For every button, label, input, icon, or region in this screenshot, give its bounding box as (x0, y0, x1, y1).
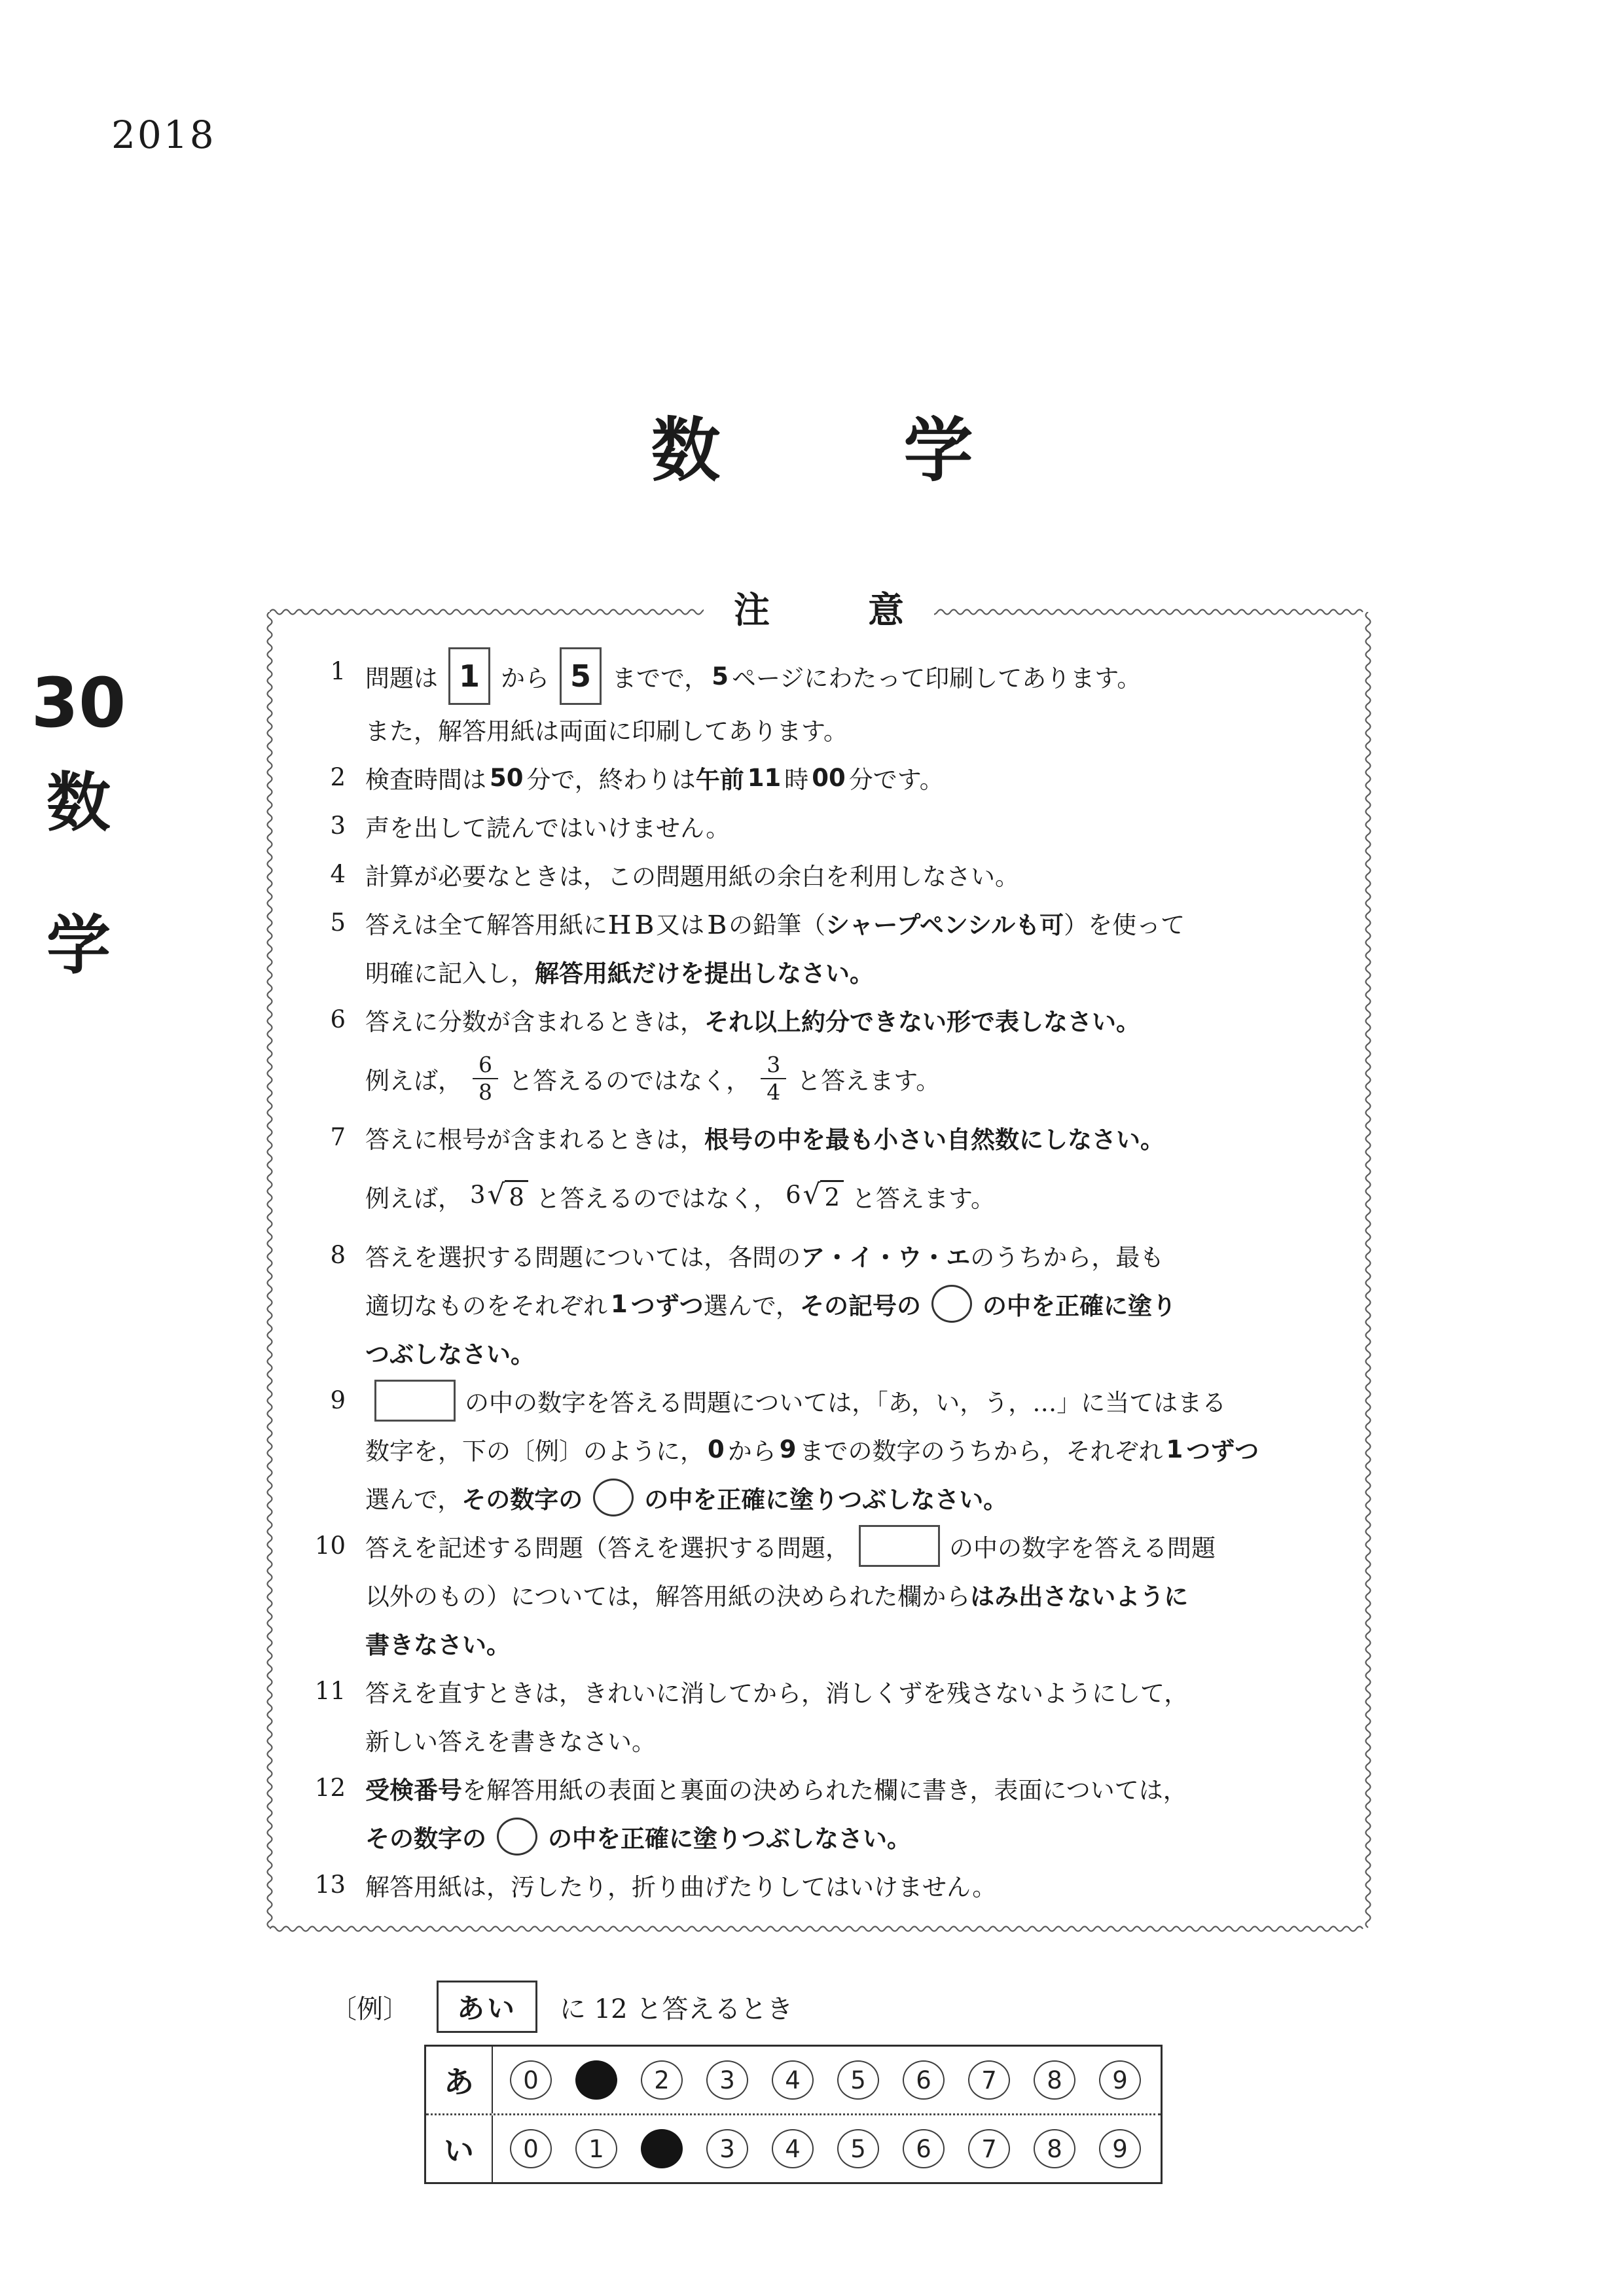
item-line: 答えを選択する問題については，各問のア・イ・ウ・エのうちから，最も (365, 1231, 1334, 1280)
item-number: 2 (300, 753, 346, 802)
text-run: 新しい答えを書きなさい。 (365, 1722, 656, 1757)
item-lines: 声を出して読んではいけません。 (365, 802, 1334, 850)
bold-run: 午前 (696, 760, 744, 795)
bubble: 9 (1099, 2129, 1141, 2168)
bold-run: つずつ (1186, 1431, 1259, 1467)
text-run: 選んで， (365, 1480, 461, 1515)
item-line: その数字のの中を正確に塗りつぶしなさい。 (365, 1812, 1334, 1861)
notice-heading-char-1: 注 (734, 588, 770, 632)
notice-item: 3声を出して読んではいけません。 (300, 802, 1334, 850)
text-run: 声を出して読んではいけません。 (365, 808, 730, 844)
text-run: ページにわたって印刷してあります。 (732, 658, 1141, 694)
sqrt-radical-icon: √ (803, 1180, 821, 1209)
wavy-border-bottom (270, 1924, 1368, 1934)
text-run: ）を使って (1064, 905, 1185, 941)
bubble-row: い0123456789 (426, 2113, 1161, 2182)
fraction-denominator: 4 (761, 1079, 786, 1105)
item-number: 3 (300, 802, 346, 850)
text-run: 問題は (365, 658, 438, 694)
item-line: 選んで，その数字のの中を正確に塗りつぶしなさい。 (365, 1473, 1334, 1522)
notice-item: 13解答用紙は，汚したり，折り曲げたりしてはいけません。 (300, 1861, 1334, 1909)
notice-item: 4計算が必要なときは，この問題用紙の余白を利用しなさい。 (300, 850, 1334, 899)
text-run: 適切なものをそれぞれ (365, 1286, 607, 1321)
side-vertical-label: 30 数 学 (20, 669, 137, 978)
item-line: 答えは全て解答用紙にＨＢ又はＢの鉛筆（シャープペンシルも可）を使って (365, 899, 1334, 947)
item-line: の中の数字を答える問題については，「あ，い，う，…」に当てはまる (365, 1376, 1334, 1425)
text-run: 答えを直すときは，きれいに消してから，消しくずを残さないようにして， (365, 1674, 1188, 1709)
item-line: 検査時間は50分で，終わりは午前11時00分です。 (365, 753, 1334, 802)
text-run: 答えは全て解答用紙に (365, 905, 607, 941)
text-run: の中の数字を答える問題 (949, 1528, 1216, 1564)
bold-run: ＨＢ (607, 905, 656, 941)
bold-run: 根号の中を最も小さい自然数にしなさい。 (704, 1120, 1164, 1155)
item-lines: 答えに根号が含まれるときは，根号の中を最も小さい自然数にしなさい。例えば，3√8… (365, 1113, 1334, 1231)
item-number: 5 (300, 899, 346, 996)
notice-item: 10答えを記述する問題（答えを選択する問題，の中の数字を答える問題以外のもの）に… (300, 1522, 1334, 1667)
text-run: 例えば， (365, 1179, 462, 1214)
item-line: 数字を，下の〔例〕のように，0から9までの数字のうちから，それぞれ1つずつ (365, 1425, 1334, 1473)
item-lines: 答えを直すときは，きれいに消してから，消しくずを残さないようにして，新しい答えを… (365, 1667, 1334, 1764)
item-lines: 問題は1から5までで，5ページにわたって印刷してあります。また，解答用紙は両面に… (365, 647, 1334, 753)
text-run: 答えに分数が含まれるときは， (365, 1002, 704, 1037)
side-label-year: 30 (20, 669, 137, 737)
item-number: 7 (300, 1113, 346, 1231)
text-run: の中の数字を答える問題については，「あ，い，う，…」に当てはまる (465, 1383, 1226, 1418)
bubble: 8 (1034, 2129, 1075, 2168)
text-run: 明確に記入し， (365, 954, 535, 989)
text-run: 時 (784, 760, 808, 795)
item-number: 10 (300, 1522, 346, 1667)
number-run: 00 (812, 764, 846, 792)
bubble-filled: 2 (641, 2129, 683, 2168)
bold-run: つずつ (631, 1286, 704, 1321)
mark-circle (497, 1818, 537, 1856)
bubble-filled: 1 (575, 2060, 617, 2100)
item-lines: 計算が必要なときは，この問題用紙の余白を利用しなさい。 (365, 850, 1334, 899)
bold-run: ア・イ・ウ・エ (801, 1238, 970, 1273)
notice-item: 1問題は1から5までで，5ページにわたって印刷してあります。また，解答用紙は両面… (300, 647, 1334, 753)
item-line: 例えば，68と答えるのではなく，34と答えます。 (365, 1044, 1334, 1113)
notice-heading: 注 意 (704, 588, 934, 632)
bold-run: シャープペンシルも可 (825, 905, 1064, 941)
bubble: 4 (772, 2129, 814, 2168)
bold-run: の中を正確に塗り (983, 1286, 1176, 1321)
number-run: 1 (1166, 1435, 1183, 1463)
fraction-numerator: 3 (761, 1052, 786, 1079)
answer-blank-box (859, 1525, 940, 1567)
item-number: 11 (300, 1667, 346, 1764)
item-number: 4 (300, 850, 346, 899)
side-label-char-1: 数 (20, 771, 137, 835)
text-run: と答えるのではなく， (509, 1061, 750, 1096)
example-answer-box: あい (437, 1981, 537, 2033)
item-line: 答えに分数が含まれるときは，それ以上約分できない形で表しなさい。 (365, 996, 1334, 1044)
text-run: 例えば， (365, 1061, 462, 1096)
wavy-border-left (264, 612, 275, 1929)
text-run: 計算が必要なときは，この問題用紙の余白を利用しなさい。 (365, 857, 1019, 892)
item-line: 以外のもの）については，解答用紙の決められた欄からはみ出さないように (365, 1570, 1334, 1619)
text-run: までで， (612, 658, 708, 694)
text-run: 答えを記述する問題（答えを選択する問題， (365, 1528, 850, 1564)
bubble: 6 (903, 2060, 945, 2100)
notice-item: 6答えに分数が含まれるときは，それ以上約分できない形で表しなさい。例えば，68と… (300, 996, 1334, 1113)
row-label: あ (426, 2047, 493, 2113)
sqrt-radical-icon: √ (488, 1180, 505, 1209)
notice-item: 8答えを選択する問題については，各問のア・イ・ウ・エのうちから，最も適切なものを… (300, 1231, 1334, 1376)
number-run: 11 (748, 764, 782, 792)
mark-circle (593, 1479, 634, 1516)
text-run: と答えます。 (797, 1061, 940, 1096)
item-number: 6 (300, 996, 346, 1113)
bubble: 3 (706, 2129, 748, 2168)
item-line: 答えを記述する問題（答えを選択する問題，の中の数字を答える問題 (365, 1522, 1334, 1570)
answer-blank-box (374, 1380, 456, 1422)
item-line: 解答用紙は，汚したり，折り曲げたりしてはいけません。 (365, 1861, 1334, 1909)
bold-run: Ｂ (704, 905, 729, 941)
fraction: 34 (761, 1052, 786, 1105)
item-line: 新しい答えを書きなさい。 (365, 1715, 1334, 1764)
item-line: 例えば，3√8と答えるのではなく，6√2と答えます。 (365, 1162, 1334, 1231)
sqrt-expression: 6√2 (785, 1180, 844, 1212)
bubble: 7 (968, 2129, 1010, 2168)
item-number: 13 (300, 1861, 346, 1909)
text-run: 答えを選択する問題については，各問の (365, 1238, 801, 1273)
number-run: 50 (490, 764, 524, 792)
exam-title: 数 学 (651, 416, 973, 486)
item-line: また，解答用紙は両面に印刷してあります。 (365, 705, 1334, 753)
item-line: 適切なものをそれぞれ1つずつ選んで，その記号のの中を正確に塗り (365, 1280, 1334, 1328)
item-lines: 受検番号を解答用紙の表面と裏面の決められた欄に書き，表面については，その数字のの… (365, 1764, 1334, 1861)
number-run: 9 (780, 1435, 797, 1463)
item-lines: 答えを記述する問題（答えを選択する問題，の中の数字を答える問題以外のもの）につい… (365, 1522, 1334, 1667)
bubble: 1 (575, 2129, 617, 2168)
item-lines: 答えに分数が含まれるときは，それ以上約分できない形で表しなさい。例えば，68と答… (365, 996, 1334, 1113)
mark-circle (931, 1285, 972, 1323)
item-line: 声を出して読んではいけません。 (365, 802, 1334, 850)
number-run: 0 (708, 1435, 725, 1463)
item-line: 受検番号を解答用紙の表面と裏面の決められた欄に書き，表面については， (365, 1764, 1334, 1812)
text-run: までの数字のうちから，それぞれ (800, 1431, 1163, 1467)
sqrt-coefficient: 6 (785, 1180, 801, 1210)
wavy-border-right (1363, 612, 1373, 1929)
bold-run: 解答用紙だけを提出しなさい。 (535, 954, 874, 989)
text-run: を解答用紙の表面と裏面の決められた欄に書き，表面については， (462, 1770, 1187, 1806)
bubble: 7 (968, 2060, 1010, 2100)
bubble-group: 0123456789 (493, 2047, 1161, 2113)
notice-item: 9の中の数字を答える問題については，「あ，い，う，…」に当てはまる数字を，下の〔… (300, 1376, 1334, 1522)
text-run: 答えに根号が含まれるときは， (365, 1120, 704, 1155)
text-run: 又は (656, 905, 704, 941)
text-run: また，解答用紙は両面に印刷してあります。 (365, 711, 848, 747)
item-line: 答えに根号が含まれるときは，根号の中を最も小さい自然数にしなさい。 (365, 1113, 1334, 1162)
row-label: い (426, 2115, 493, 2182)
bubble-group: 0123456789 (493, 2115, 1161, 2182)
bubble-table: あ0123456789い0123456789 (424, 2045, 1163, 2184)
item-lines: の中の数字を答える問題については，「あ，い，う，…」に当てはまる数字を，下の〔例… (365, 1376, 1334, 1522)
item-line: 書きなさい。 (365, 1619, 1334, 1667)
notice-heading-char-2: 意 (868, 588, 904, 632)
notice-item: 11答えを直すときは，きれいに消してから，消しくずを残さないようにして，新しい答… (300, 1667, 1334, 1764)
item-line: 答えを直すときは，きれいに消してから，消しくずを残さないようにして， (365, 1667, 1334, 1715)
text-run: から (501, 658, 549, 694)
sqrt-coefficient: 3 (470, 1180, 486, 1210)
bubble: 9 (1099, 2060, 1141, 2100)
bold-run: 書きなさい。 (365, 1625, 511, 1660)
side-label-char-2: 学 (20, 914, 137, 978)
text-run: と答えます。 (852, 1179, 995, 1214)
bold-run: つぶしなさい。 (365, 1335, 535, 1370)
example-caption: に 12 と答えるとき (560, 1988, 793, 2026)
sqrt-expression: 3√8 (470, 1180, 528, 1212)
bubble: 8 (1034, 2060, 1075, 2100)
sqrt-radicand: 8 (505, 1180, 528, 1212)
bubble: 0 (510, 2060, 552, 2100)
text-run: のうちから，最も (970, 1238, 1164, 1273)
fraction-denominator: 8 (473, 1079, 498, 1105)
notice-box: 注 意 1問題は1から5までで，5ページにわたって印刷してあります。また，解答用… (270, 612, 1368, 1929)
item-number: 1 (300, 647, 346, 753)
notice-item: 12受検番号を解答用紙の表面と裏面の決められた欄に書き，表面については，その数字… (300, 1764, 1334, 1861)
number-run: 1 (611, 1290, 628, 1318)
number-run: 5 (712, 662, 729, 691)
bold-run: その数字の (365, 1819, 486, 1854)
exam-cover-page: 2018 30 数 学 数 学 注 意 1問題は1から5までで，5ページにわたっ… (0, 0, 1624, 2296)
bubble: 2 (641, 2060, 683, 2100)
bold-run: の中を正確に塗りつぶしなさい。 (548, 1819, 911, 1854)
fraction-numerator: 6 (473, 1052, 498, 1079)
bubble: 3 (706, 2060, 748, 2100)
item-line: 計算が必要なときは，この問題用紙の余白を利用しなさい。 (365, 850, 1334, 899)
bubble: 5 (837, 2060, 879, 2100)
text-run: 検査時間は (365, 760, 486, 795)
exam-title-char-1: 数 (651, 416, 721, 486)
year-label: 2018 (111, 113, 216, 157)
bold-run: の中を正確に塗りつぶしなさい。 (644, 1480, 1007, 1515)
bubble-row: あ0123456789 (426, 2047, 1161, 2113)
boxed-question-number: 1 (448, 647, 490, 705)
text-run: 分です。 (849, 760, 944, 795)
item-number: 8 (300, 1231, 346, 1376)
text-run: 数字を，下の〔例〕のように， (365, 1431, 704, 1467)
item-line: 問題は1から5までで，5ページにわたって印刷してあります。 (365, 647, 1334, 705)
text-run: と答えるのではなく， (536, 1179, 778, 1214)
bold-run: その記号の (800, 1286, 921, 1321)
boxed-question-number: 5 (560, 647, 602, 705)
text-run: から (728, 1431, 776, 1467)
bold-run: 受検番号 (365, 1770, 462, 1806)
item-lines: 解答用紙は，汚したり，折り曲げたりしてはいけません。 (365, 1861, 1334, 1909)
item-lines: 答えを選択する問題については，各問のア・イ・ウ・エのうちから，最も適切なものをそ… (365, 1231, 1334, 1376)
item-lines: 答えは全て解答用紙にＨＢ又はＢの鉛筆（シャープペンシルも可）を使って明確に記入し… (365, 899, 1334, 996)
notice-list: 1問題は1から5までで，5ページにわたって印刷してあります。また，解答用紙は両面… (300, 647, 1334, 1909)
notice-item: 5答えは全て解答用紙にＨＢ又はＢの鉛筆（シャープペンシルも可）を使って明確に記入… (300, 899, 1334, 996)
item-lines: 検査時間は50分で，終わりは午前11時00分です。 (365, 753, 1334, 802)
bubble: 0 (510, 2129, 552, 2168)
text-run: 選んで， (704, 1286, 800, 1321)
notice-item: 2検査時間は50分で，終わりは午前11時00分です。 (300, 753, 1334, 802)
text-run: 以外のもの）については，解答用紙の決められた欄から (365, 1577, 970, 1612)
bubble: 5 (837, 2129, 879, 2168)
example-header: 〔例〕 あい に 12 と答えるとき (331, 1981, 793, 2033)
bubble: 6 (903, 2129, 945, 2168)
text-run: 解答用紙は，汚したり，折り曲げたりしてはいけません。 (365, 1867, 996, 1903)
item-line: つぶしなさい。 (365, 1328, 1334, 1376)
text-run: の鉛筆（ (729, 905, 825, 941)
sqrt-radicand: 2 (820, 1180, 844, 1212)
notice-item: 7答えに根号が含まれるときは，根号の中を最も小さい自然数にしなさい。例えば，3√… (300, 1113, 1334, 1231)
bubble: 4 (772, 2060, 814, 2100)
exam-title-char-2: 学 (904, 416, 973, 486)
example-label: 〔例〕 (331, 1988, 409, 2026)
item-number: 12 (300, 1764, 346, 1861)
bold-run: それ以上約分できない形で表しなさい。 (704, 1002, 1140, 1037)
item-line: 明確に記入し，解答用紙だけを提出しなさい。 (365, 947, 1334, 996)
bold-run: その数字の (461, 1480, 583, 1515)
fraction: 68 (473, 1052, 498, 1105)
bold-run: はみ出さないように (970, 1577, 1188, 1612)
item-number: 9 (300, 1376, 346, 1522)
text-run: 分で，終わりは (527, 760, 696, 795)
